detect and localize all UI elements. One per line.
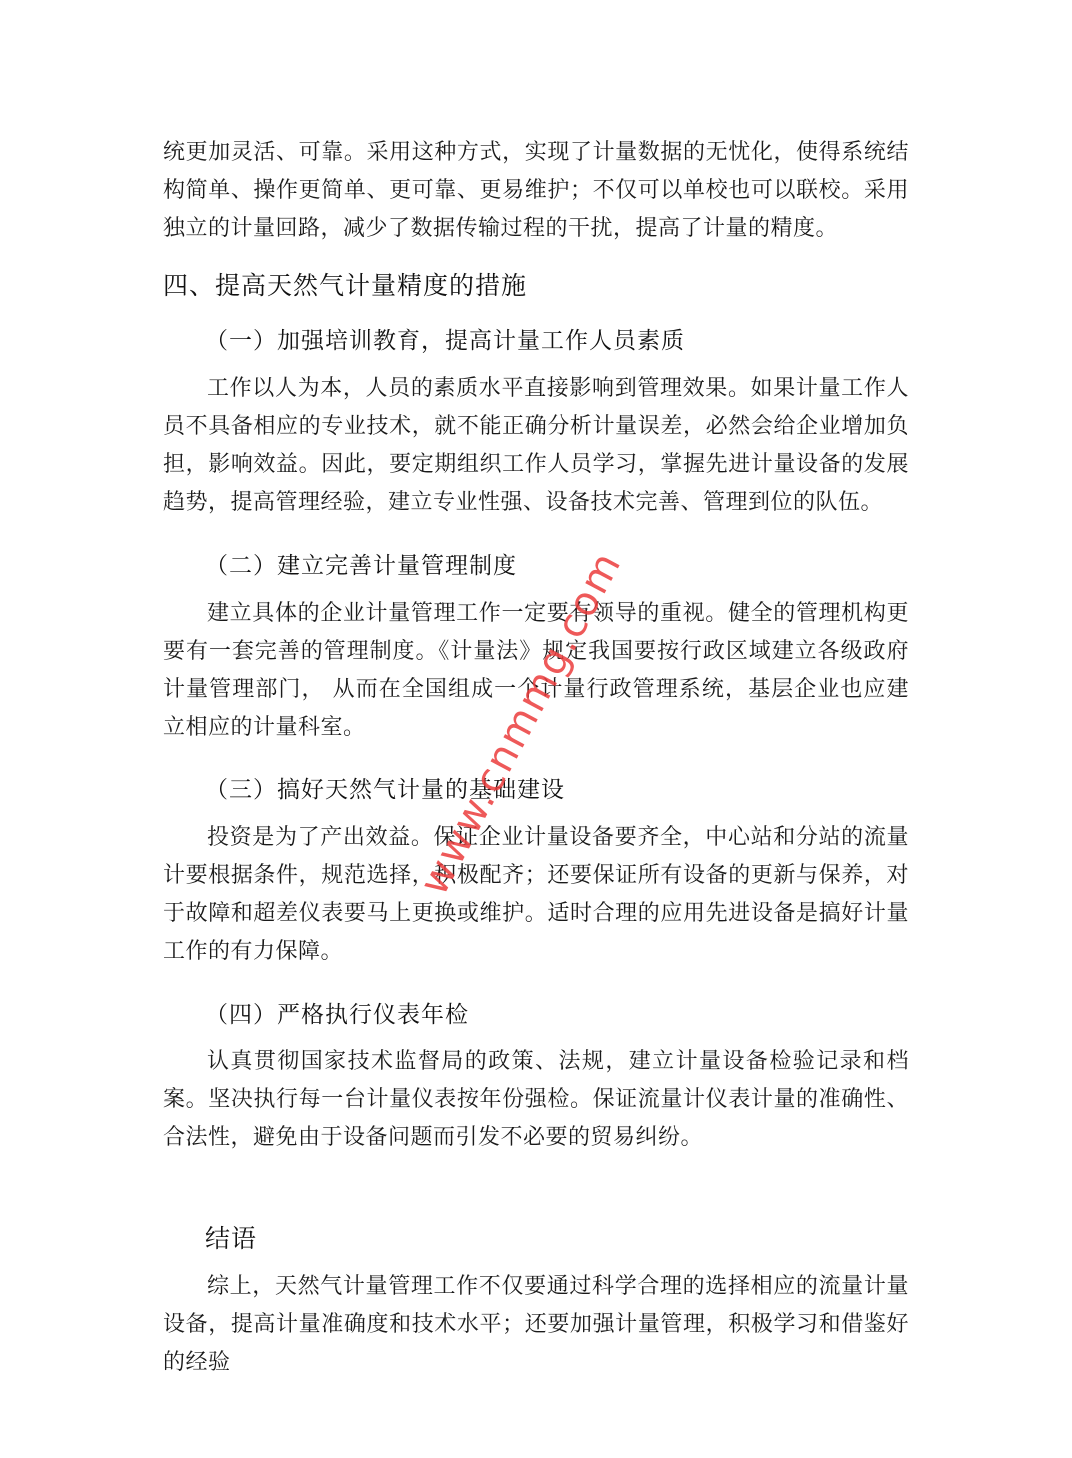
subsection-heading-1: （一）加强培训教育，提高计量工作人员素质 [205, 326, 685, 356]
subsection-body-1: 工作以人为本，人员的素质水平直接影响到管理效果。如果计量工作人员不具备相应的专业… [163, 370, 909, 522]
subsection-heading-3: （三）搞好天然气计量的基础建设 [205, 775, 565, 805]
subsection-heading-4: （四）严格执行仪表年检 [205, 1000, 469, 1030]
section-heading: 四、提高天然气计量精度的措施 [163, 270, 527, 302]
conclusion-body: 综上，天然气计量管理工作不仅要通过科学合理的选择相应的流量计量设备，提高计量准确… [163, 1268, 909, 1382]
document-page: 统更加灵活、可靠。采用这种方式，实现了计量数据的无忧化，使得系统结构简单、操作更… [0, 0, 1072, 1458]
subsection-body-4: 认真贯彻国家技术监督局的政策、法规，建立计量设备检验记录和档案。坚决执行每一台计… [163, 1043, 909, 1157]
subsection-heading-2: （二）建立完善计量管理制度 [205, 551, 517, 581]
conclusion-heading: 结语 [205, 1224, 257, 1254]
intro-paragraph: 统更加灵活、可靠。采用这种方式，实现了计量数据的无忧化，使得系统结构简单、操作更… [163, 134, 909, 248]
subsection-body-2: 建立具体的企业计量管理工作一定要有领导的重视。健全的管理机构更要有一套完善的管理… [163, 595, 909, 747]
subsection-body-3: 投资是为了产出效益。保证企业计量设备要齐全，中心站和分站的流量计要根据条件，规范… [163, 819, 909, 971]
